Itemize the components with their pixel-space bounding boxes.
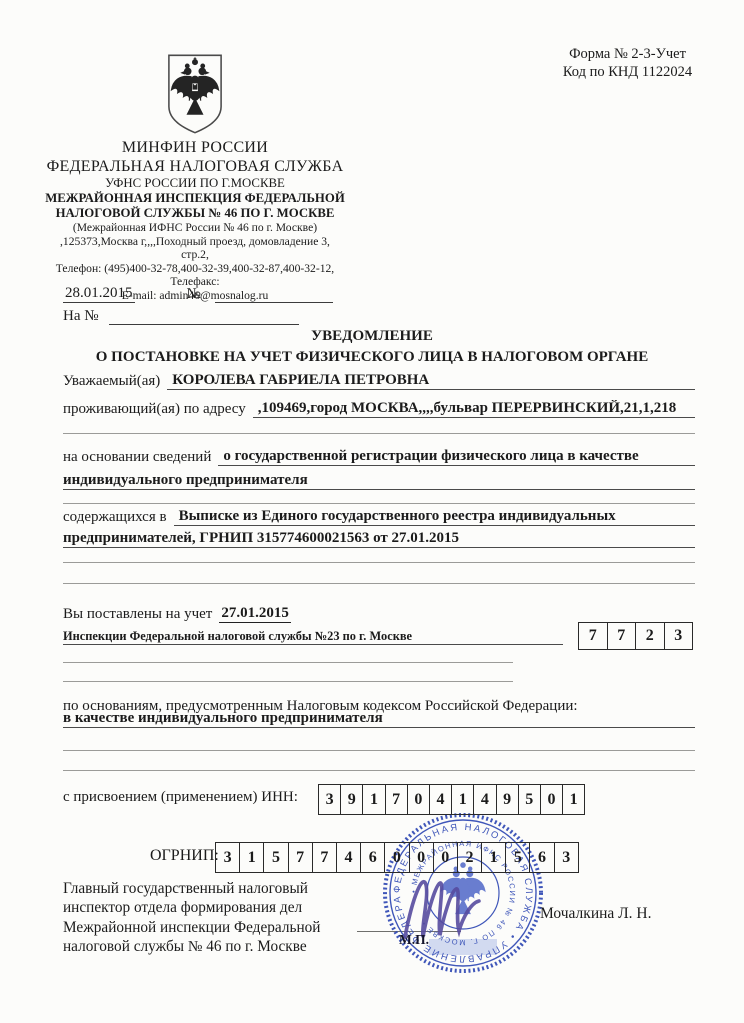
blank-line [63,503,695,504]
contained-label: содержащихся в [63,509,174,526]
stamp-place-label: М.П. [399,932,429,948]
issuer-address-line2: стр.2, [22,248,368,262]
ogrnip-digit: 1 [239,843,263,872]
issuer-inspection-line2: НАЛОГОВОЙ СЛУЖБЫ № 46 ПО Г. МОСКВЕ [22,206,368,221]
registered-row: Вы поставлены на учет 27.01.2015 [63,602,291,623]
inspection-code-digit: 7 [579,623,607,649]
on-number-blank [109,308,299,325]
issuer-address-line1: ,125373,Москва г,,,,Походный проезд, дом… [22,235,368,249]
issuer-inspection-line1: МЕЖРАЙОННАЯ ИНСПЕКЦИЯ ФЕДЕРАЛЬНОЙ [22,191,368,206]
person-address: ,109469,город МОСКВА,,,,бульвар ПЕРЕРВИН… [253,400,695,418]
officer-line2: инспектор отдела формирования дел [63,898,373,917]
salutation-label: Уважаемый(ая) [63,373,167,390]
inn-digit: 1 [362,785,384,814]
person-name: КОРОЛЕВА ГАБРИЕЛА ПЕТРОВНА [167,372,695,390]
blank-line [63,770,695,771]
inn-digit: 1 [451,785,473,814]
ogrnip-digit: 6 [529,843,553,872]
form-info: Форма № 2-3-Учет Код по КНД 1122024 [520,45,735,81]
inspection-name: Инспекции Федеральной налоговой службы №… [63,629,563,645]
inn-digit: 5 [518,785,540,814]
issuer-inspection-short: (Межрайонная ИФНС России № 46 по г. Моск… [22,221,368,235]
contained-value-line1: Выписке из Единого государственного реес… [174,508,695,526]
title-line2: О ПОСТАНОВКЕ НА УЧЕТ ФИЗИЧЕСКОГО ЛИЦА В … [0,347,744,368]
address-row: проживающий(ая) по адресу ,109469,город … [63,396,695,418]
inn-digit: 9 [496,785,518,814]
contained-value-line2: предпринимателей, ГРНИП 315774600021563 … [63,530,695,548]
inspection-code-digit: 7 [607,623,636,649]
ogrnip-digit: 7 [312,843,336,872]
inn-digit: 3 [319,785,340,814]
grounds-value-row: в качестве индивидуального предпринимате… [63,708,695,728]
registered-label: Вы поставлены на учет [63,606,219,623]
inn-digit: 1 [562,785,584,814]
inn-digit: 0 [540,785,562,814]
inn-digit: 9 [340,785,362,814]
inn-digit: 4 [429,785,451,814]
officer-line3: Межрайонной инспекции Федеральной [63,918,373,937]
number-blank [215,286,333,303]
salutation-row: Уважаемый(ая) КОРОЛЕВА ГАБРИЕЛА ПЕТРОВНА [63,368,695,390]
inn-digit: 7 [385,785,407,814]
title-line1: УВЕДОМЛЕНИЕ [0,326,744,347]
on-number-label: На № [63,308,99,325]
ogrnip-label: ОГРНИП: [150,847,219,865]
blank-line [63,562,695,563]
basis-row2: индивидуального предпринимателя [63,469,695,490]
blank-line [63,750,695,751]
knd-code: Код по КНД 1122024 [520,63,735,81]
ogrnip-digit: 5 [505,843,529,872]
document-page: Форма № 2-3-Учет Код по КНД 1122024 [0,0,744,1023]
officer-line4: налоговой службы № 46 по г. Москве [63,937,373,956]
blank-line [63,681,513,682]
form-number: Форма № 2-3-Учет [520,45,735,63]
ogrnip-digit: 3 [554,843,578,872]
inn-boxes: 391704149501 [318,784,585,815]
issuer-ministry: МИНФИН РОССИИ [22,138,368,157]
inspection-row: Инспекции Федеральной налоговой службы №… [63,627,563,645]
ogrnip-digit: 5 [263,843,287,872]
reference-block: 28.01.2015 № На № [63,281,333,325]
document-title: УВЕДОМЛЕНИЕ О ПОСТАНОВКЕ НА УЧЕТ ФИЗИЧЕС… [0,326,744,368]
address-label: проживающий(ая) по адресу [63,401,253,418]
basis-label: на основании сведений [63,449,218,466]
inspection-code-boxes: 7723 [578,622,693,650]
ogrnip-digit: 4 [336,843,360,872]
basis-row: на основании сведений о государственной … [63,445,695,466]
letter-date: 28.01.2015 [63,285,135,303]
contained-row: содержащихся в Выписке из Единого госуда… [63,505,695,526]
inspection-code-digit: 3 [664,623,693,649]
inn-digit: 4 [473,785,495,814]
issuer-service: ФЕДЕРАЛЬНАЯ НАЛОГОВАЯ СЛУЖБА [22,157,368,176]
issuer-phone: Телефон: (495)400-32-78,400-32-39,400-32… [22,262,368,276]
russian-coat-of-arms-icon [166,53,224,135]
inn-label: с присвоением (применением) ИНН: [63,789,298,806]
issuer-ufns: УФНС РОССИИ ПО Г.МОСКВЕ [22,176,368,191]
officer-title-block: Главный государственный налоговый инспек… [63,879,373,957]
blank-line [63,433,695,434]
ogrnip-digit: 6 [360,843,384,872]
contained-row2: предпринимателей, ГРНИП 315774600021563 … [63,527,695,548]
basis-value-line2: индивидуального предпринимателя [63,472,695,490]
officer-line1: Главный государственный налоговый [63,879,373,898]
grounds-value: в качестве индивидуального предпринимате… [63,710,695,728]
blank-line [63,583,695,584]
number-label: № [187,286,201,303]
blank-line [63,662,513,663]
registered-date: 27.01.2015 [219,605,291,623]
officer-name: Мочалкина Л. Н. [540,905,652,923]
ogrnip-digit: 7 [288,843,312,872]
inn-digit: 0 [407,785,429,814]
basis-value-line1: о государственной регистрации физическог… [218,448,695,466]
ogrnip-digit: 3 [216,843,239,872]
inspection-code-digit: 2 [635,623,664,649]
issuer-header: МИНФИН РОССИИ ФЕДЕРАЛЬНАЯ НАЛОГОВАЯ СЛУЖ… [22,53,368,302]
